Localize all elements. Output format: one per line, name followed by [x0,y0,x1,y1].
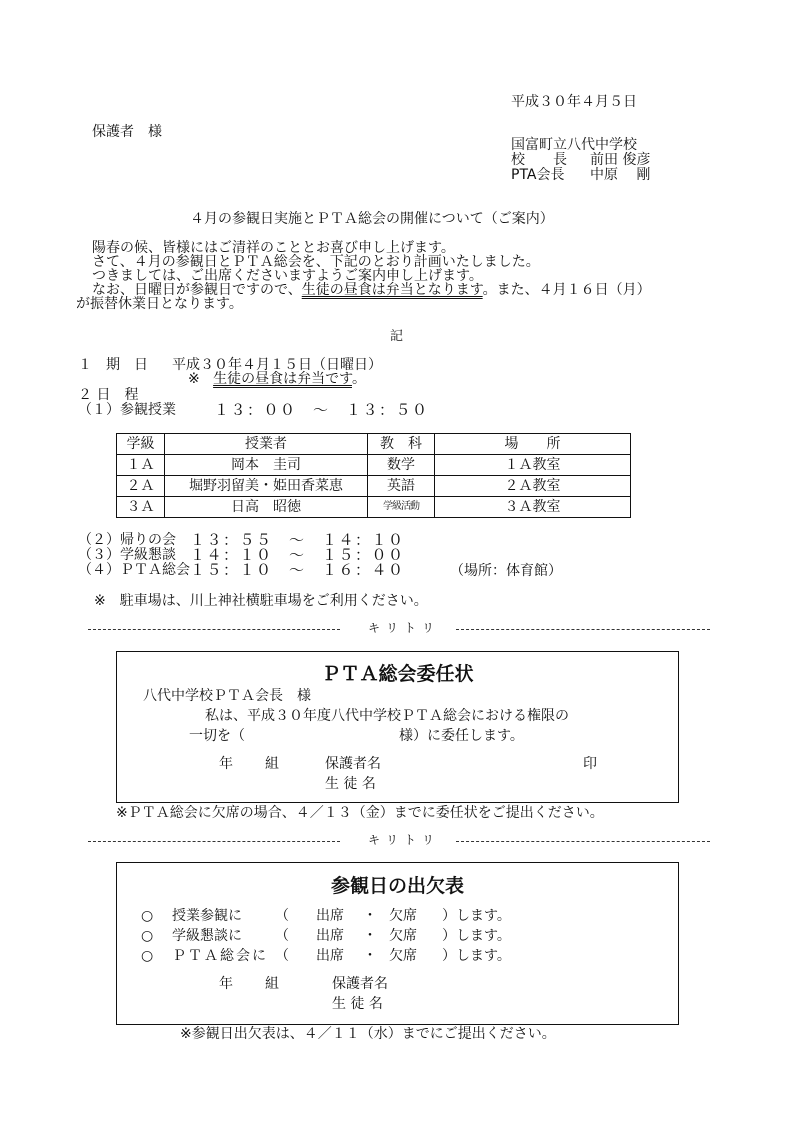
document-title: ４月の参観日実施とＰＴＡ総会の開催について（ご案内） [190,212,554,226]
cell-location: ２Ａ教室 [435,476,631,497]
seal-label: 印 [583,757,597,771]
cut-label: キリトリ [368,622,440,634]
cell-class: ２Ａ [117,476,165,497]
body-line: つきましては、ご出席くださいますようご案内申し上げます。 [92,269,483,283]
table-row: １Ａ 岡本 圭司 数学 １Ａ教室 [117,455,631,476]
cell-class: １Ａ [117,455,165,476]
cut-label: キリトリ [368,834,440,846]
cell-location: ３Ａ教室 [435,497,631,518]
schedule-item-2-label: （２）帰りの会 [78,533,176,547]
dashed-divider [456,629,710,630]
proxy-form: ＰＴＡ総会委任状 八代中学校ＰＴＡ会長 様 私は、平成３０年度八代中学校ＰＴＡ総… [116,651,679,803]
pta-title: PTA会長 [511,168,564,182]
circle-bullet-icon: ○ [141,909,153,923]
schedule-item-3-label: （３）学級懇談 [78,548,176,562]
grade-label: 年 [219,977,233,991]
proxy-form-text: 様）に委任します。 [399,729,524,743]
dashed-divider [88,629,340,630]
attendance-item-label: ＰＴＡ総会に [172,949,268,963]
attend-option[interactable]: 出席 [316,929,344,943]
table-row: ２Ａ 堀野羽留美・姫田香菜恵 英語 ２Ａ教室 [117,476,631,497]
cell-class: ３Ａ [117,497,165,518]
circle-bullet-icon: ○ [141,949,153,963]
proxy-deadline-note: ※ＰＴＡ総会に欠席の場合、４／１３（金）までに委任状をご提出ください。 [116,806,604,820]
sender-school: 国富町立八代中学校 [511,138,637,152]
dashed-divider [88,841,340,842]
lunch-note-underlined: 生徒の昼食は弁当です [213,371,352,387]
body-line: さて、４月の参観日とＰＴＡ総会を、下記のとおり計画いたしました。 [92,255,540,269]
separator: ・ [363,929,377,943]
absent-option[interactable]: 欠席 [389,949,417,963]
section1-value: 平成３０年４月１５日（日曜日） [172,358,382,372]
table-header-row: 学級 授業者 教 科 場 所 [117,434,631,455]
close-text: ）します。 [442,929,511,943]
guardian-label: 保護者名 [332,977,388,991]
pta-name: 中原 剛 [590,168,650,182]
principal-title: 校 長 [511,153,567,167]
proxy-form-title: ＰＴＡ総会委任状 [117,665,678,684]
cut-line: キリトリ [88,622,710,636]
cell-teacher: 堀野羽留美・姫田香菜恵 [165,476,368,497]
schedule-item-1-label: （１）参観授業 [78,403,176,417]
header-teacher: 授業者 [165,434,368,455]
close-text: ）します。 [442,949,511,963]
dashed-divider [456,841,710,842]
absent-option[interactable]: 欠席 [389,929,417,943]
attendance-form-title: 参観日の出欠表 [117,877,678,896]
table-row: ３Ａ 日高 昭徳 学級活動 ３Ａ教室 [117,497,631,518]
proxy-form-text: 私は、平成３０年度八代中学校ＰＴＡ総会における権限の [205,709,569,723]
cell-subject: 英語 [368,476,435,497]
body-line: 陽春の候、皆様にはご清祥のこととお喜び申し上げます。 [92,241,455,255]
cell-subject: 学級活動 [368,497,435,518]
document-date: 平成３０年４月５日 [511,95,637,109]
cell-location: １Ａ教室 [435,455,631,476]
absent-option[interactable]: 欠席 [389,909,417,923]
body-text: 。また、４月１６日（月） [483,282,651,298]
schedule-item-1-time: １３：００ ～ １３：５０ [214,403,429,418]
attend-option[interactable]: 出席 [316,909,344,923]
proxy-name-field[interactable] [243,727,393,745]
attendance-item-label: 学級懇談に [172,929,242,943]
proxy-form-recipient: 八代中学校ＰＴＡ会長 様 [143,689,311,703]
attendance-deadline-note: ※参観日出欠表は、４／１１（水）までにご提出ください。 [180,1027,556,1041]
section1-note: ※ 生徒の昼食は弁当です。 [188,372,366,386]
header-class: 学級 [117,434,165,455]
addressee: 保護者 様 [92,125,162,139]
class-label: 組 [265,977,279,991]
ki-heading: 記 [390,330,403,343]
schedule-table: 学級 授業者 教 科 場 所 １Ａ 岡本 圭司 数学 １Ａ教室 ２Ａ 堀野羽留美… [116,433,631,518]
open-paren: （ [275,929,289,943]
attendance-form: 参観日の出欠表 ○ 授業参観に （ 出席 ・ 欠席 ）します。 ○ 学級懇談に … [116,862,679,1025]
principal-name: 前田 俊彦 [590,153,650,167]
attend-option[interactable]: 出席 [316,949,344,963]
body-line: なお、日曜日が参観日ですので、生徒の昼食は弁当となります。また、４月１６日（月） [92,283,651,297]
circle-bullet-icon: ○ [141,929,153,943]
lunch-note-underlined: 生徒の昼食は弁当となります [302,282,483,298]
note-mark: ※ [188,371,200,387]
note-end: 。 [352,371,366,387]
close-text: ）します。 [442,909,511,923]
guardian-label: 保護者名 [325,757,381,771]
header-location: 場 所 [435,434,631,455]
cut-line: キリトリ [88,834,710,848]
open-paren: （ [275,909,289,923]
class-label: 組 [265,757,279,771]
schedule-item-4-note: （場所：体育館） [450,564,562,578]
section2-label: ２ 日 程 [78,388,138,402]
proxy-form-text: 一切を（ [189,729,245,743]
body-line: が振替休業日となります。 [76,297,243,311]
grade-label: 年 [219,757,233,771]
header-subject: 教 科 [368,434,435,455]
schedule-item-4-label: （４）ＰＴＡ総会 [78,563,190,577]
open-paren: （ [275,949,289,963]
cell-teacher: 日高 昭徳 [165,497,368,518]
student-label: 生 徒 名 [332,997,383,1011]
separator: ・ [363,949,377,963]
schedule-item-4-time: １５：１０ ～ １６：４０ [190,563,405,578]
student-label: 生 徒 名 [325,777,376,791]
cell-teacher: 岡本 圭司 [165,455,368,476]
attendance-item-label: 授業参観に [172,909,242,923]
cell-subject: 数学 [368,455,435,476]
separator: ・ [363,909,377,923]
parking-note: ※ 駐車場は、川上神社横駐車場をご利用ください。 [94,594,428,608]
section1-label: １ 期 日 [78,358,148,372]
